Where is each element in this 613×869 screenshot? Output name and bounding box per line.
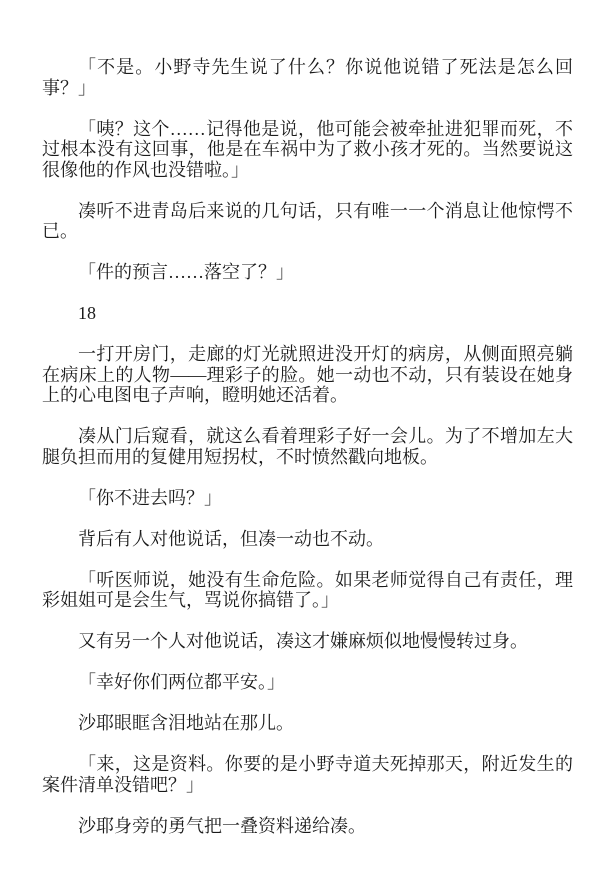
section-number: 18	[42, 303, 573, 324]
paragraph: 凑听不进青岛后来说的几句话，只有唯一一个消息让他惊愕不已。	[42, 201, 573, 242]
paragraph: 「幸好你们两位都平安。」	[42, 672, 573, 693]
paragraph: 「不是。小野寺先生说了什么？你说他说错了死法是怎么回事？」	[42, 57, 573, 98]
paragraph: 「件的预言……落空了？」	[42, 262, 573, 283]
paragraph: 背后有人对他说话，但凑一动也不动。	[42, 529, 573, 550]
paragraph: 「咦？这个……记得他是说，他可能会被牵扯进犯罪而死，不过根本没有这回事，他是在车…	[42, 119, 573, 181]
paragraph: 又有另一个人对他说话，凑这才嫌麻烦似地慢慢转过身。	[42, 631, 573, 652]
book-page: 「不是。小野寺先生说了什么？你说他说错了死法是怎么回事？」 「咦？这个……记得他…	[0, 0, 613, 869]
paragraph: 沙耶身旁的勇气把一叠资料递给凑。	[42, 816, 573, 837]
paragraph: 「你不进去吗？」	[42, 488, 573, 509]
paragraph: 凑从门后窥看，就这么看着理彩子好一会儿。为了不增加左大腿负担而用的复健用短拐杖，…	[42, 426, 573, 467]
paragraph: 一打开房门，走廊的灯光就照进没开灯的病房，从侧面照亮躺在病床上的人物——理彩子的…	[42, 344, 573, 406]
paragraph: 「来，这是资料。你要的是小野寺道夫死掉那天，附近发生的案件清单没错吧？」	[42, 754, 573, 795]
paragraph: 沙耶眼眶含泪地站在那儿。	[42, 713, 573, 734]
paragraph: 「听医师说，她没有生命危险。如果老师觉得自己有责任，理彩姐姐可是会生气，骂说你搞…	[42, 570, 573, 611]
